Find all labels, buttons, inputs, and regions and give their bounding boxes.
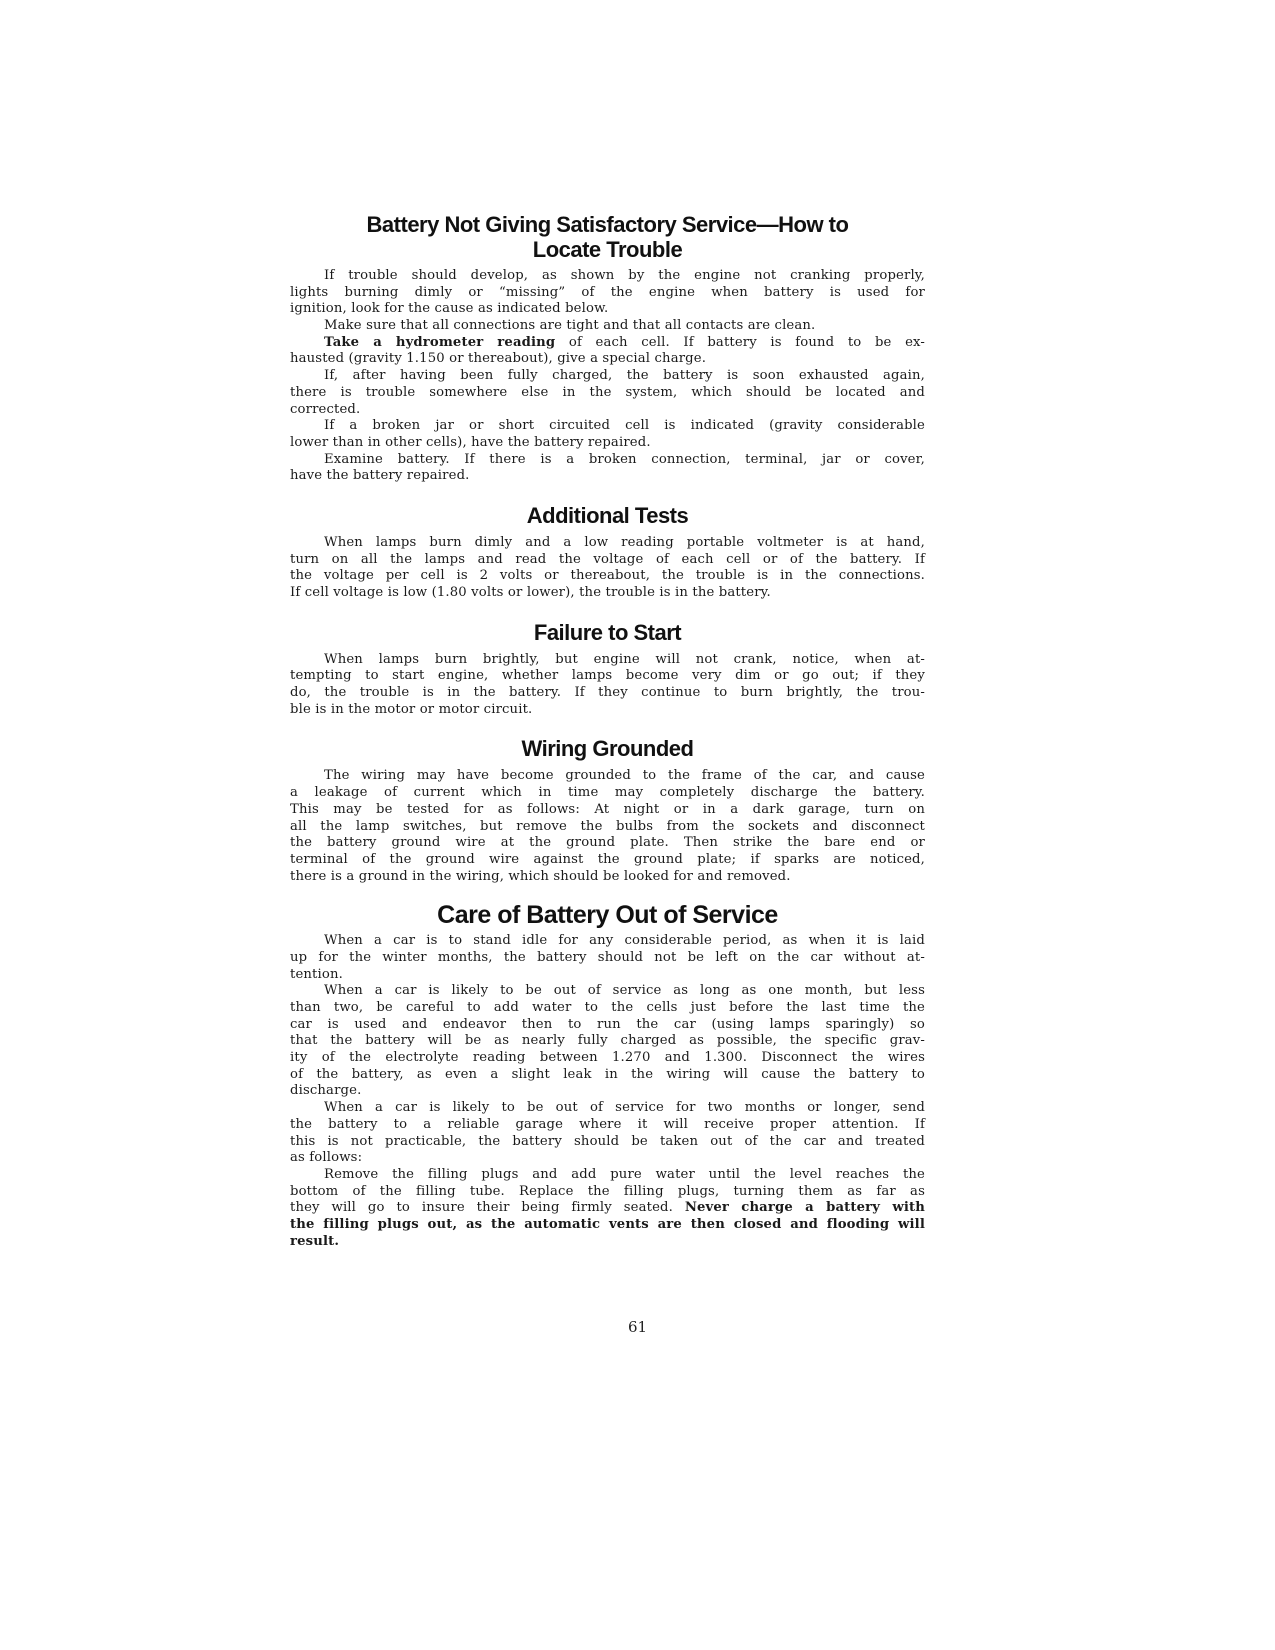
paragraph: When a car is to stand idle for any cons… — [290, 933, 925, 983]
text-line: corrected. — [290, 402, 925, 419]
text-line: do, the trouble is in the battery. If th… — [290, 685, 925, 702]
text-line: the battery ground wire at the ground pl… — [290, 835, 925, 852]
text-line: hausted (gravity 1.150 or thereabout), g… — [290, 351, 925, 368]
text-line: as follows: — [290, 1150, 925, 1167]
text-line: ity of the electrolyte reading between 1… — [290, 1050, 925, 1067]
paragraph: Make sure that all connections are tight… — [290, 318, 925, 335]
text-line: of the battery, as even a slight leak in… — [290, 1067, 925, 1084]
text-line: lower than in other cells), have the bat… — [290, 435, 925, 452]
text-line: When lamps burn brightly, but engine wil… — [290, 652, 925, 669]
text-line: there is a ground in the wiring, which s… — [290, 869, 925, 886]
text-line: ignition, look for the cause as indicate… — [290, 301, 925, 318]
text-line: Examine battery. If there is a broken co… — [290, 452, 925, 469]
section-heading: Care of Battery Out of Service — [290, 901, 925, 929]
paragraph: When a car is likely to be out of servic… — [290, 983, 925, 1100]
text-line: When a car is to stand idle for any cons… — [290, 933, 925, 950]
section-heading: Additional Tests — [290, 503, 925, 529]
text-line: When a car is likely to be out of servic… — [290, 983, 925, 1000]
text-line: bottom of the filling tube. Replace the … — [290, 1184, 925, 1201]
text-line: have the battery repaired. — [290, 468, 925, 485]
paragraph: If, after having been fully charged, the… — [290, 368, 925, 418]
text-line: If, after having been fully charged, the… — [290, 368, 925, 385]
paragraph: If trouble should develop, as shown by t… — [290, 268, 925, 318]
paragraph: Take a hydrometer reading of each cell. … — [290, 335, 925, 368]
page-number: 61 — [0, 1318, 1275, 1336]
text-line: a leakage of current which in time may c… — [290, 785, 925, 802]
paragraph: When lamps burn dimly and a low reading … — [290, 535, 925, 602]
text-line: tempting to start engine, whether lamps … — [290, 668, 925, 685]
text-line: When lamps burn dimly and a low reading … — [290, 535, 925, 552]
text-line: result. — [290, 1234, 925, 1251]
text-line: the voltage per cell is 2 volts or there… — [290, 568, 925, 585]
text-line: the battery to a reliable garage where i… — [290, 1117, 925, 1134]
text-line: turn on all the lamps and read the volta… — [290, 552, 925, 569]
section: Wiring GroundedThe wiring may have becom… — [290, 736, 925, 885]
text-line: discharge. — [290, 1083, 925, 1100]
text-line: This may be tested for as follows: At ni… — [290, 802, 925, 819]
text-line: terminal of the ground wire against the … — [290, 852, 925, 869]
text-line: the filling plugs out, as the automatic … — [290, 1217, 925, 1234]
text-line: ble is in the motor or motor circuit. — [290, 702, 925, 719]
text-line: If cell voltage is low (1.80 volts or lo… — [290, 585, 925, 602]
text-line: they will go to insure their being firml… — [290, 1200, 925, 1217]
section: Additional TestsWhen lamps burn dimly an… — [290, 503, 925, 602]
text-line: than two, be careful to add water to the… — [290, 1000, 925, 1017]
text-line: If trouble should develop, as shown by t… — [290, 268, 925, 285]
section: Failure to StartWhen lamps burn brightly… — [290, 620, 925, 719]
paragraph: Remove the filling plugs and add pure wa… — [290, 1167, 925, 1250]
text-line: up for the winter months, the battery sh… — [290, 950, 925, 967]
section-heading: Failure to Start — [290, 620, 925, 646]
paragraph: The wiring may have become grounded to t… — [290, 768, 925, 885]
text-line: there is trouble somewhere else in the s… — [290, 385, 925, 402]
section-heading: Battery Not Giving Satisfactory Service—… — [290, 212, 925, 262]
document-page: Battery Not Giving Satisfactory Service—… — [290, 212, 925, 1250]
paragraph: When lamps burn brightly, but engine wil… — [290, 652, 925, 719]
text-line: The wiring may have become grounded to t… — [290, 768, 925, 785]
text-line: When a car is likely to be out of servic… — [290, 1100, 925, 1117]
paragraph: Examine battery. If there is a broken co… — [290, 452, 925, 485]
section: Battery Not Giving Satisfactory Service—… — [290, 212, 925, 485]
text-line: Take a hydrometer reading of each cell. … — [290, 335, 925, 352]
text-line: Remove the filling plugs and add pure wa… — [290, 1167, 925, 1184]
text-line: this is not practicable, the battery sho… — [290, 1134, 925, 1151]
text-line: car is used and endeavor then to run the… — [290, 1017, 925, 1034]
paragraph: If a broken jar or short circuited cell … — [290, 418, 925, 451]
section: Care of Battery Out of ServiceWhen a car… — [290, 901, 925, 1250]
text-line: that the battery will be as nearly fully… — [290, 1033, 925, 1050]
text-line: tention. — [290, 967, 925, 984]
text-line: If a broken jar or short circuited cell … — [290, 418, 925, 435]
text-line: all the lamp switches, but remove the bu… — [290, 819, 925, 836]
section-heading: Wiring Grounded — [290, 736, 925, 762]
paragraph: When a car is likely to be out of servic… — [290, 1100, 925, 1167]
text-line: Make sure that all connections are tight… — [290, 318, 925, 335]
text-line: lights burning dimly or “missing” of the… — [290, 285, 925, 302]
